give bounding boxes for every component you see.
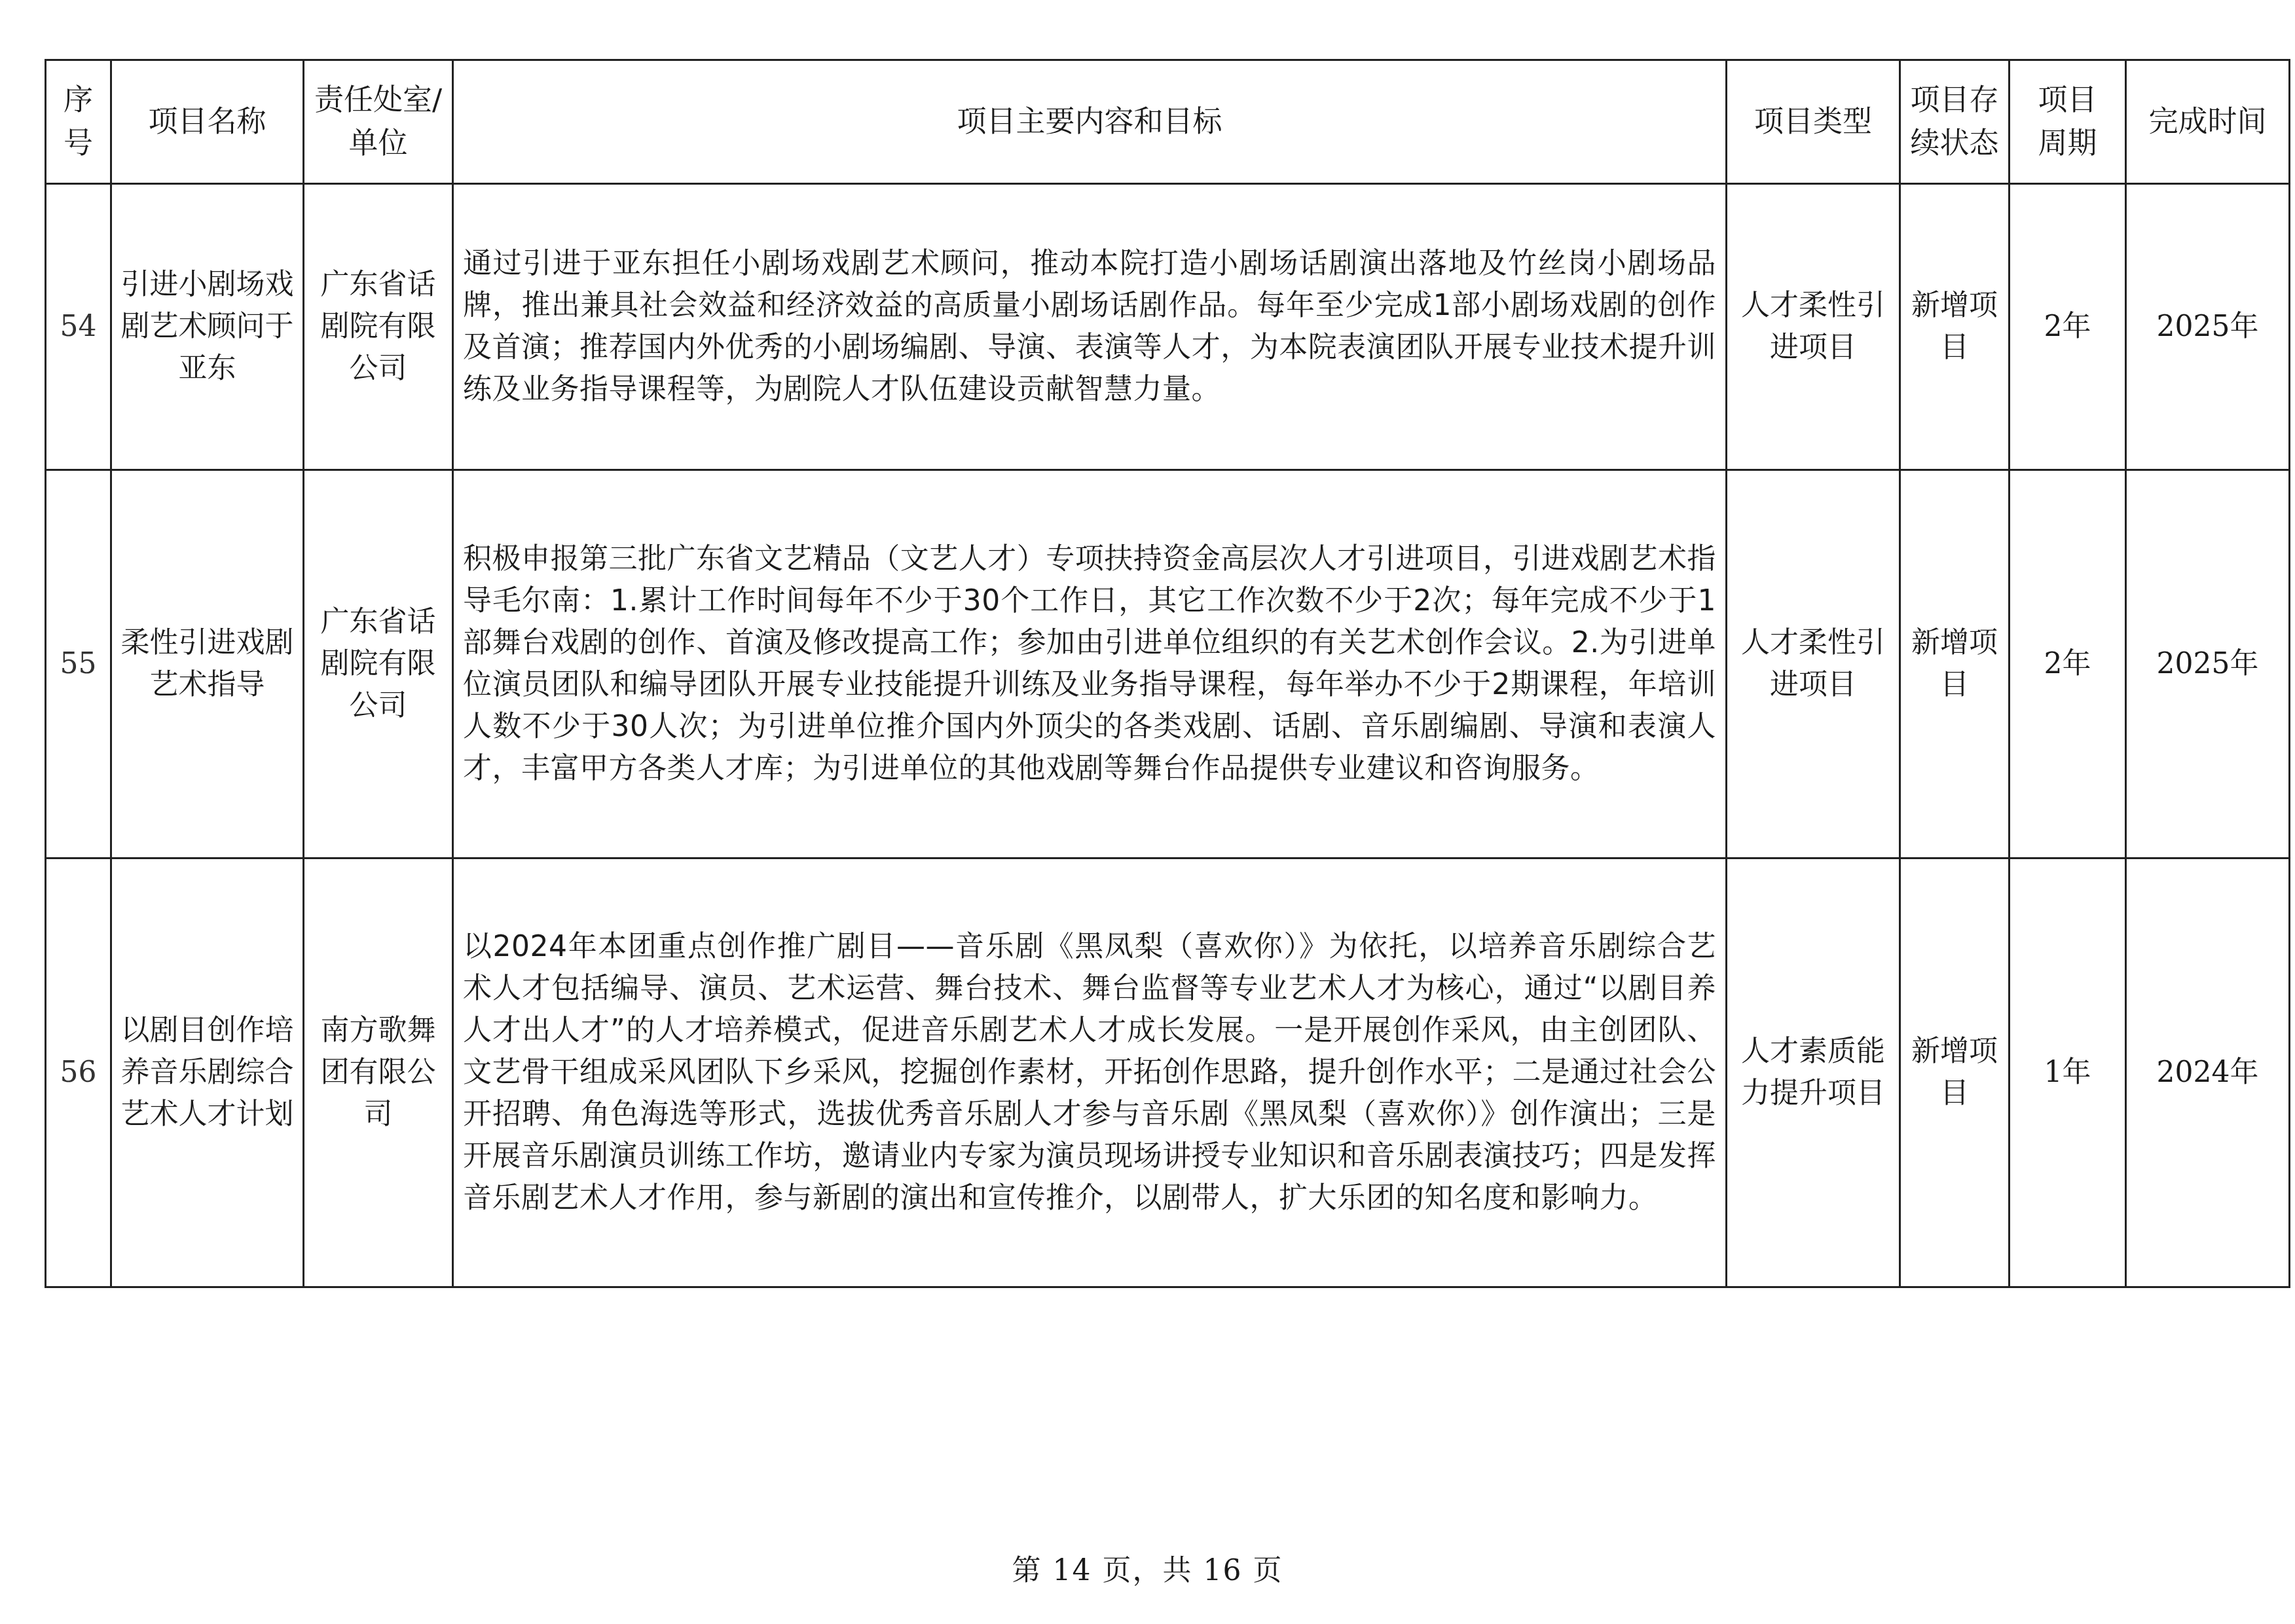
row-period: 2年 bbox=[2010, 184, 2126, 470]
row-responsible-unit: 广东省话剧院有限公司 bbox=[304, 184, 453, 470]
row-project-state: 新增项目 bbox=[1900, 470, 2010, 858]
row-finish-time: 2024年 bbox=[2126, 858, 2290, 1287]
row-project-name: 柔性引进戏剧艺术指导 bbox=[111, 470, 304, 858]
row-project-name: 引进小剧场戏剧艺术顾问于亚东 bbox=[111, 184, 304, 470]
row-project-type: 人才素质能力提升项目 bbox=[1727, 858, 1900, 1287]
row-project-type: 人才柔性引进项目 bbox=[1727, 184, 1900, 470]
row-period: 1年 bbox=[2010, 858, 2126, 1287]
table-row: 55 柔性引进戏剧艺术指导 广东省话剧院有限公司 积极申报第三批广东省文艺精品（… bbox=[46, 470, 2290, 858]
projects-table: 序号 项目名称 责任处室/单位 项目主要内容和目标 项目类型 项目存续状态 项目… bbox=[45, 59, 2290, 1288]
row-seq: 55 bbox=[46, 470, 111, 858]
page-footer: 第 14 页，共 16 页 bbox=[0, 1547, 2295, 1589]
row-project-type: 人才柔性引进项目 bbox=[1727, 470, 1900, 858]
header-period: 项目周期 bbox=[2010, 60, 2126, 184]
header-desc: 项目主要内容和目标 bbox=[453, 60, 1727, 184]
page-indicator: 第 14 页，共 16 页 bbox=[1012, 1554, 1283, 1587]
row-finish-time: 2025年 bbox=[2126, 184, 2290, 470]
row-responsible-unit: 南方歌舞团有限公司 bbox=[304, 858, 453, 1287]
row-project-state: 新增项目 bbox=[1900, 184, 2010, 470]
header-unit: 责任处室/单位 bbox=[304, 60, 453, 184]
row-project-state: 新增项目 bbox=[1900, 858, 2010, 1287]
table-row: 54 引进小剧场戏剧艺术顾问于亚东 广东省话剧院有限公司 通过引进于亚东担任小剧… bbox=[46, 184, 2290, 470]
header-seq: 序号 bbox=[46, 60, 111, 184]
row-finish-time: 2025年 bbox=[2126, 470, 2290, 858]
table-row: 56 以剧目创作培养音乐剧综合艺术人才计划 南方歌舞团有限公司 以2024年本团… bbox=[46, 858, 2290, 1287]
row-seq: 54 bbox=[46, 184, 111, 470]
row-description: 以2024年本团重点创作推广剧目——音乐剧《黑凤梨（喜欢你）》为依托，以培养音乐… bbox=[453, 858, 1727, 1287]
row-description: 积极申报第三批广东省文艺精品（文艺人才）专项扶持资金高层次人才引进项目，引进戏剧… bbox=[453, 470, 1727, 858]
row-responsible-unit: 广东省话剧院有限公司 bbox=[304, 470, 453, 858]
header-finish: 完成时间 bbox=[2126, 60, 2290, 184]
header-name: 项目名称 bbox=[111, 60, 304, 184]
header-type: 项目类型 bbox=[1727, 60, 1900, 184]
table-header-row: 序号 项目名称 责任处室/单位 项目主要内容和目标 项目类型 项目存续状态 项目… bbox=[46, 60, 2290, 184]
row-project-name: 以剧目创作培养音乐剧综合艺术人才计划 bbox=[111, 858, 304, 1287]
row-period: 2年 bbox=[2010, 470, 2126, 858]
row-seq: 56 bbox=[46, 858, 111, 1287]
row-description: 通过引进于亚东担任小剧场戏剧艺术顾问，推动本院打造小剧场话剧演出落地及竹丝岗小剧… bbox=[453, 184, 1727, 470]
header-state: 项目存续状态 bbox=[1900, 60, 2010, 184]
